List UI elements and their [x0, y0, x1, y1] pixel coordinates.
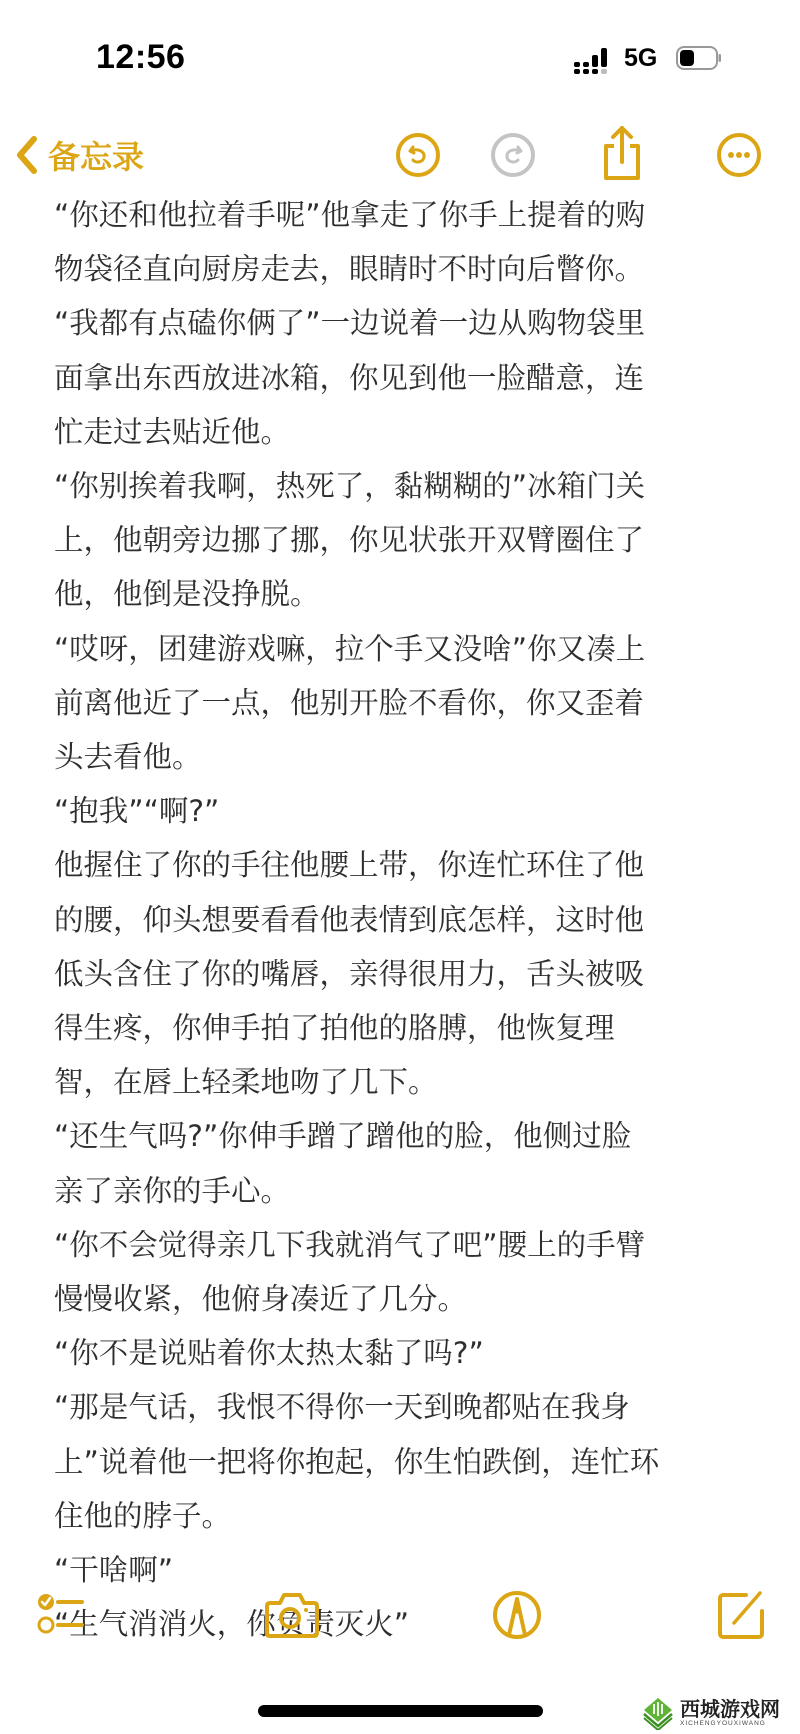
note-line: “那是气话，我恨不得你一天到晚都贴在我身 [54, 1380, 754, 1434]
note-line: “还生气吗?”你伸手蹭了蹭他的脸，他侧过脸 [54, 1109, 754, 1163]
bottom-toolbar [0, 1585, 800, 1655]
checklist-icon[interactable] [30, 1585, 90, 1645]
camera-icon[interactable] [262, 1585, 322, 1645]
cellular-signal-icon [574, 48, 610, 74]
note-line: 得生疼，你伸手拍了拍他的胳膊，他恢复理 [54, 1001, 754, 1055]
compose-icon[interactable] [712, 1585, 772, 1645]
note-line: 住他的脖子。 [54, 1489, 754, 1543]
nav-bar: 备忘录 [0, 120, 800, 190]
note-line: 头去看他。 [54, 730, 754, 784]
battery-icon [676, 46, 722, 70]
note-line: 上，他朝旁边挪了挪，你见状张开双臂圈住了 [54, 513, 754, 567]
note-line: 上”说着他一把将你抱起，你生怕跌倒，连忙环 [54, 1435, 754, 1489]
note-line: 慢慢收紧，他俯身凑近了几分。 [54, 1272, 754, 1326]
more-icon[interactable] [714, 130, 764, 180]
redo-icon[interactable] [488, 130, 538, 180]
note-line: 物袋径直向厨房走去，眼睛时不时向后瞥你。 [54, 242, 754, 296]
note-line: “哎呀，团建游戏嘛，拉个手又没啥”你又凑上 [54, 622, 754, 676]
status-bar: 12:56 5G [0, 0, 800, 110]
note-line: “我都有点磕你俩了”一边说着一边从购物袋里 [54, 296, 754, 350]
note-line: 面拿出东西放进冰箱，你见到他一脸醋意，连 [54, 351, 754, 405]
note-line: “你不会觉得亲几下我就消气了吧”腰上的手臂 [54, 1218, 754, 1272]
chevron-left-icon [14, 135, 40, 175]
note-line: 他握住了你的手往他腰上带，你连忙环住了他 [54, 838, 754, 892]
network-type: 5G [624, 44, 657, 73]
note-line: “你别挨着我啊，热死了，黏糊糊的”冰箱门关 [54, 459, 754, 513]
back-button[interactable]: 备忘录 [14, 128, 144, 182]
note-line: “抱我”“啊?” [54, 784, 754, 838]
note-line: “你还和他拉着手呢”他拿走了你手上提着的购 [54, 188, 754, 242]
back-label: 备忘录 [48, 132, 144, 178]
note-line: 低头含住了你的嘴唇，亲得很用力，舌头被吸 [54, 947, 754, 1001]
note-line: 智，在唇上轻柔地吻了几下。 [54, 1055, 754, 1109]
note-line: 他，他倒是没挣脱。 [54, 567, 754, 621]
markup-icon[interactable] [487, 1585, 547, 1645]
home-indicator[interactable] [258, 1705, 543, 1717]
note-line: 前离他近了一点，他别开脸不看你，你又歪着 [54, 676, 754, 730]
note-line: 的腰，仰头想要看看他表情到底怎样，这时他 [54, 893, 754, 947]
watermark-subtitle: XICHENGYOUXIWANG [680, 1720, 780, 1727]
note-content[interactable]: “你还和他拉着手呢”他拿走了你手上提着的购 物袋径直向厨房走去，眼睛时不时向后瞥… [54, 188, 754, 1651]
note-line: “你不是说贴着你太热太黏了吗?” [54, 1326, 754, 1380]
share-icon[interactable] [597, 124, 647, 182]
status-time: 12:56 [96, 38, 185, 77]
watermark-name: 西城游戏网 [680, 1698, 780, 1720]
watermark-logo-icon [640, 1694, 676, 1730]
note-line: 亲了亲你的手心。 [54, 1164, 754, 1218]
watermark: 西城游戏网 XICHENGYOUXIWANG [640, 1690, 800, 1734]
note-line: 忙走过去贴近他。 [54, 405, 754, 459]
undo-icon[interactable] [393, 130, 443, 180]
